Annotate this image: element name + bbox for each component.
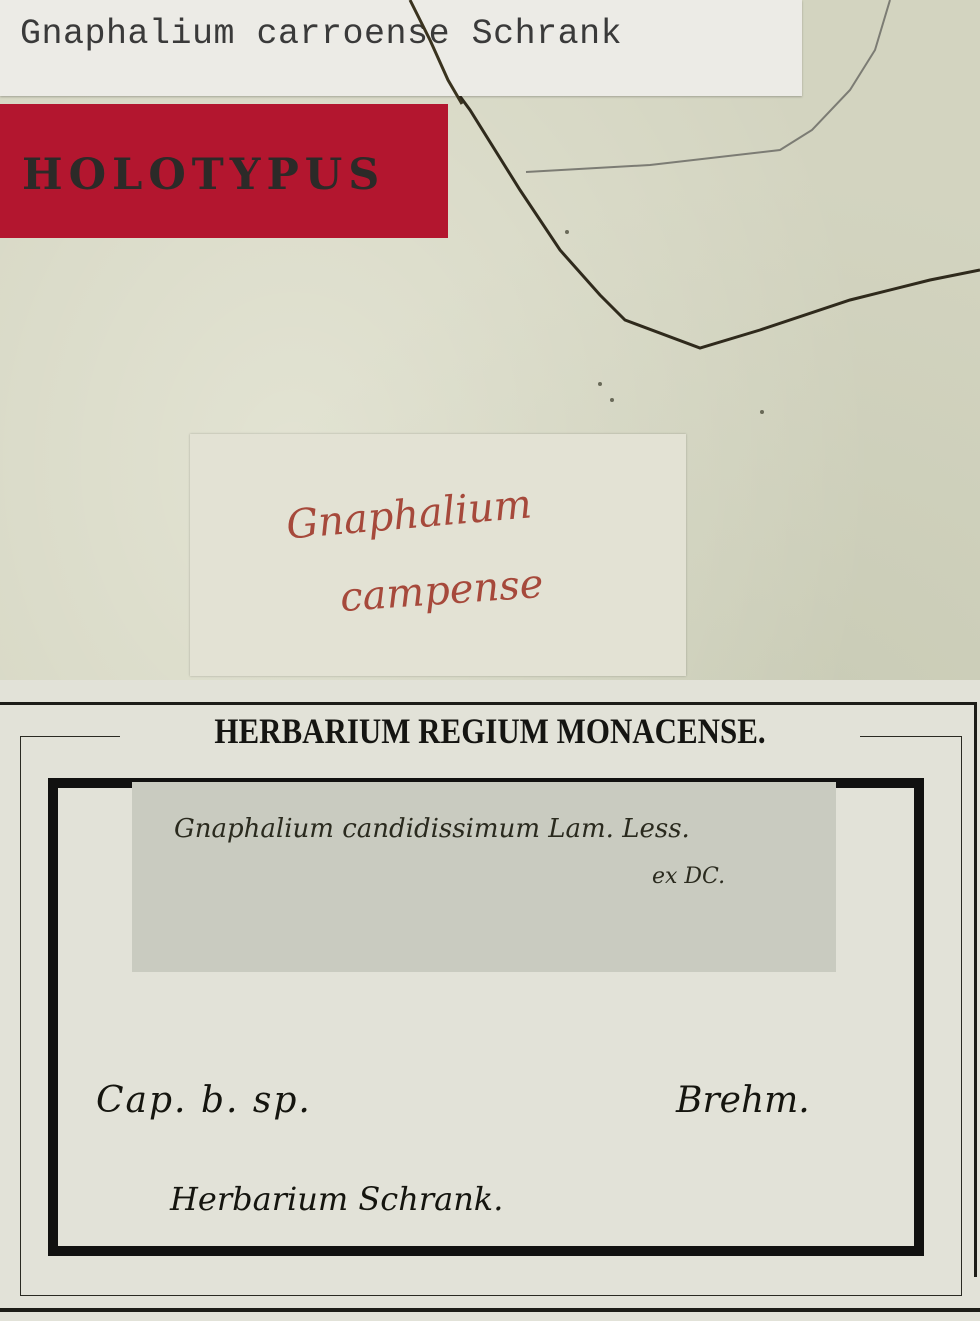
- bottom-frame-line: [0, 1308, 980, 1312]
- typed-taxon-name: Gnaphalium carroense Schrank: [20, 14, 622, 54]
- herbarium-regium-monacense-label: HERBARIUM REGIUM MONACENSE. Gnaphalium c…: [0, 680, 980, 1321]
- original-epithet: campense: [339, 561, 545, 621]
- determination-slip: Gnaphalium candidissimum Lam. Less. ex D…: [132, 782, 836, 972]
- original-handwritten-label: Gnaphalium campense: [190, 434, 686, 676]
- herbarium-source-text: Herbarium Schrank.: [170, 1180, 503, 1218]
- holotype-text: HOLOTYPUS: [22, 150, 385, 200]
- original-genus-name: Gnaphalium: [284, 481, 533, 548]
- herbarium-title: HERBARIUM REGIUM MONACENSE.: [69, 710, 912, 752]
- holotype-label: HOLOTYPUS: [0, 104, 448, 238]
- determination-name: Gnaphalium candidissimum Lam. Less.: [174, 814, 690, 844]
- collector-text: Brehm.: [676, 1080, 810, 1121]
- determination-authority: ex DC.: [652, 864, 725, 889]
- locality-text: Cap. b. sp.: [96, 1080, 312, 1121]
- typed-determination-label: Gnaphalium carroense Schrank: [0, 0, 802, 96]
- herbarium-sheet: Gnaphalium carroense Schrank HOLOTYPUS G…: [0, 0, 980, 1321]
